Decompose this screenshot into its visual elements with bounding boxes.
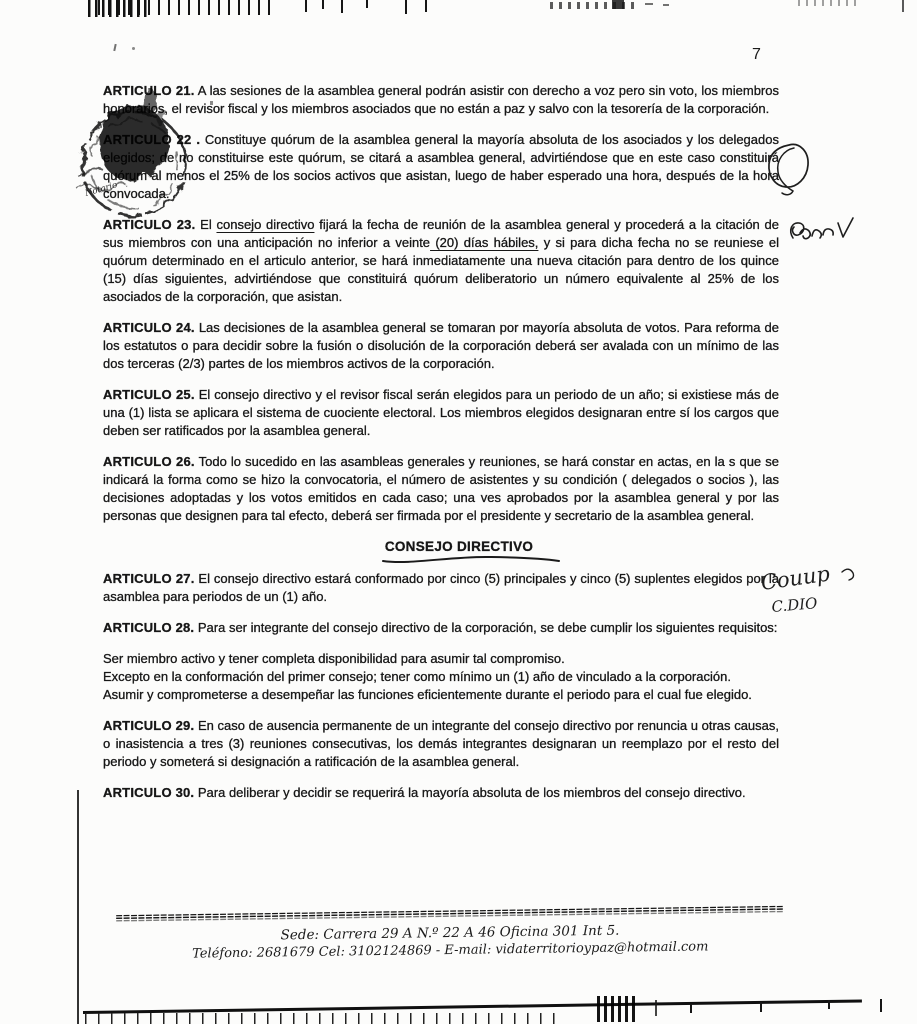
scan-artifact-speck — [132, 47, 135, 50]
scan-artifact-speck — [113, 44, 116, 51]
article-24-text: Las decisiones de la asamblea general se… — [103, 320, 779, 371]
article-30-text: Para deliberar y decidir se requerirá la… — [198, 785, 746, 800]
page-footer: ========================================… — [70, 900, 831, 964]
article-24: ARTICULO 24. Las decisiones de la asambl… — [103, 319, 779, 373]
article-28-intro: Para ser integrante del consejo directiv… — [198, 620, 778, 635]
article-29: ARTICULO 29. En caso de ausencia permane… — [103, 717, 779, 771]
article-30: ARTICULO 30. Para deliberar y decidir se… — [103, 784, 779, 802]
article-24-label: ARTICULO 24. — [103, 320, 195, 335]
scan-artifact-bottom-edge — [83, 999, 862, 1013]
scan-artifact-tick — [305, 0, 307, 12]
scan-artifact-dash — [663, 4, 669, 6]
ink-note-annotation: Couup C.DIO — [756, 566, 860, 624]
scan-artifact-top-right-marks — [798, 0, 856, 6]
article-28-requirement-1: Ser miembro activo y tener completa disp… — [103, 650, 779, 668]
article-23: ARTICULO 23. El consejo directivo fijará… — [103, 216, 779, 306]
scan-artifact-tick — [366, 0, 368, 8]
section-header-consejo-directivo: CONSEJO DIRECTIVO — [121, 538, 797, 556]
scan-artifact-tick — [760, 1002, 762, 1012]
article-30-label: ARTICULO 30. — [103, 785, 194, 800]
article-26: ARTICULO 26. Todo lo sucedido en las asa… — [103, 453, 779, 525]
article-28: ARTICULO 28. Para ser integrante del con… — [103, 619, 779, 637]
article-26-label: ARTICULO 26. — [103, 454, 195, 469]
article-27: ARTICULO 27. El consejo directivo estará… — [103, 570, 779, 606]
stamp-notario-text: Notario — [83, 180, 118, 199]
underlined-phrase: (20) días hábiles, — [430, 235, 538, 250]
article-22: ARTICULO 22 . Constituye quórum de la as… — [103, 131, 779, 203]
article-28-requirement-3: Asumir y comprometerse a desempeñar las … — [103, 686, 779, 704]
article-26-text: Todo lo sucedido en las asambleas genera… — [103, 454, 779, 523]
article-29-text: En caso de ausencia permanente de un int… — [103, 718, 779, 769]
scan-artifact-tick — [322, 0, 324, 9]
ink-note-line2: C.DIO — [771, 594, 818, 616]
scan-artifact-dash — [645, 3, 653, 5]
scan-artifact-tick — [880, 999, 882, 1012]
article-28-requirement-2: Excepto en la conformación del primer co… — [103, 668, 779, 686]
scan-artifact-tick — [690, 1004, 692, 1013]
article-23-text: El consejo directivo fijará la fecha de … — [103, 217, 779, 304]
scan-artifact-left-line — [77, 790, 79, 1024]
scan-artifact-blob — [612, 0, 624, 9]
ink-scribble-annotation — [786, 216, 856, 250]
scan-artifact-tick — [425, 0, 427, 12]
article-25: ARTICULO 25. El consejo directivo y el r… — [103, 386, 779, 440]
article-25-label: ARTICULO 25. — [103, 387, 195, 402]
scan-artifact-tick — [828, 1000, 830, 1009]
scan-artifact-top-ticks-dense — [88, 0, 150, 17]
scan-artifact-bottom-ticks — [85, 1013, 555, 1024]
underlined-phrase: consejo directivo — [216, 217, 314, 232]
scan-artifact-bottom-blob — [597, 996, 639, 1022]
article-25-text: El consejo directivo y el revisor fiscal… — [103, 387, 779, 438]
document-body: ARTICULO 21. A las sesiones de la asambl… — [103, 82, 779, 815]
article-21: ARTICULO 21. A las sesiones de la asambl… — [103, 82, 779, 118]
article-22-text: Constituye quórum de la asamblea general… — [103, 132, 779, 201]
page-number: 7 — [752, 46, 782, 64]
scan-artifact-tick — [341, 0, 343, 13]
article-21-text: A las sesiones de la asamblea general po… — [103, 83, 779, 116]
ink-circle-annotation — [763, 140, 815, 202]
article-27-text: El consejo directivo estará conformado p… — [103, 571, 779, 604]
article-28-label: ARTICULO 28. — [103, 620, 194, 635]
hand-drawn-underline — [381, 554, 561, 566]
ink-note-line1: Couup — [759, 566, 831, 595]
scan-artifact-tick — [405, 0, 407, 14]
scan-artifact-tick — [655, 1000, 657, 1016]
notary-stamp: Notario — [70, 88, 202, 220]
scan-artifact-tick — [902, 0, 904, 12]
article-27-label: ARTICULO 27. — [103, 571, 195, 586]
article-29-label: ARTICULO 29. — [103, 718, 194, 733]
